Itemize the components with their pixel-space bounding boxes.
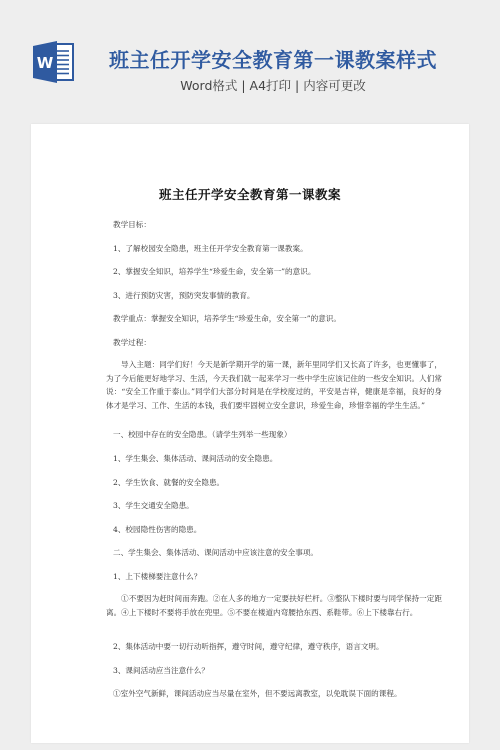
hazard-item: 3、学生交通安全隐患。 (113, 499, 443, 513)
page-subtitle: Word格式 | A4打印 | 内容可更改 (108, 76, 438, 94)
intro-paragraph: 导入主题：同学们好！今天是新学期开学的第一课，新年里同学们又长高了许多，也更懂事… (106, 358, 442, 412)
document-title: 班主任开学安全教育第一课教案 (31, 185, 469, 203)
page-title: 班主任开学安全教育第一课教案样式 (108, 44, 438, 73)
question-item: 1、上下楼梯要注意什么？ (113, 570, 443, 584)
svg-text:W: W (37, 54, 54, 72)
section-heading-1: 一、校园中存在的安全隐患。（请学生列举一些现象） (113, 428, 443, 442)
hazard-item: 2、学生饮食、就餐的安全隐患。 (113, 476, 443, 490)
question-item: 3、课间活动应当注意什么？ (113, 664, 443, 678)
document-page: 班主任开学安全教育第一课教案 教学目标： 1、了解校园安全隐患，班主任开学安全教… (31, 124, 469, 743)
stairs-rules-text: ①不要因为赶时间而奔跑。②在人多的地方一定要扶好栏杆。③整队下楼时要与同学保持一… (106, 594, 442, 617)
section-heading-2: 二、学生集会、集体活动、课间活动中应该注意的安全事项。 (113, 546, 443, 560)
section-label-process: 教学过程： (113, 336, 443, 350)
rule-item: 2、集体活动中要一切行动听指挥，遵守时间，遵守纪律，遵守秩序，语言文明。 (113, 640, 443, 654)
rule-item: ①室外空气新鲜，课间活动应当尽量在室外，但不要远离教室，以免耽误下面的课程。 (113, 687, 443, 701)
stairs-rules-paragraph: ①不要因为赶时间而奔跑。②在人多的地方一定要扶好栏杆。③整队下楼时要与同学保持一… (106, 592, 442, 619)
key-point: 教学重点：掌握安全知识，培养学生“珍爱生命，安全第一”的意识。 (113, 312, 443, 326)
objective-item: 2、掌握安全知识，培养学生“珍爱生命，安全第一”的意识。 (113, 265, 443, 279)
hazard-item: 1、学生集会、集体活动、课间活动的安全隐患。 (113, 452, 443, 466)
objective-item: 1、了解校园安全隐患，班主任开学安全教育第一课教案。 (113, 242, 443, 256)
section-label-objectives: 教学目标： (113, 218, 443, 232)
objective-item: 3、进行预防灾害，预防突发事情的教育。 (113, 289, 443, 303)
intro-text: 导入主题：同学们好！今天是新学期开学的第一课，新年里同学们又长高了许多，也更懂事… (106, 360, 442, 410)
header-banner: W 班主任开学安全教育第一课教案样式 Word格式 | A4打印 | 内容可更改 (0, 0, 500, 120)
word-icon: W (31, 40, 77, 84)
hazard-item: 4、校园隐性伤害的隐患。 (113, 523, 443, 537)
